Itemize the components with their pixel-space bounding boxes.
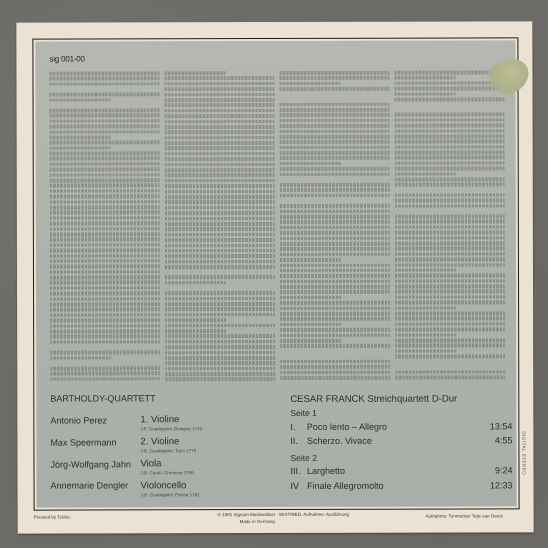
instrument-note: J.F. Guadagnini, Bologna 1745 [140,426,202,431]
liner-note-line [50,135,111,139]
liner-note-line [50,270,160,274]
liner-note-line [395,328,505,332]
cover-frame: sig 001-00 BARTHOLDY-QUARTETT Antonio Pe… [32,37,519,510]
musician-name: Annemarie Dengler [51,480,129,490]
liner-note-line [50,356,111,360]
liner-note-line [395,134,505,138]
catalog-number: sig 001-00 [49,54,84,63]
liner-note-line [50,308,160,312]
liner-note-line [280,118,390,122]
liner-note-line [165,141,275,145]
liner-note-line [165,324,275,328]
liner-note-line [395,204,505,208]
liner-note-line [394,76,455,80]
liner-note-line [280,124,390,128]
liner-note-line [164,82,274,86]
liner-note-line [165,227,275,231]
liner-note-line [50,248,160,252]
liner-note-line [50,340,160,344]
liner-note-line [165,184,275,188]
liner-note-line [165,356,275,360]
liner-note-line [280,113,390,117]
side-label: Seite 1 [290,408,316,418]
liner-notes-column-2 [164,71,275,383]
liner-note-line [165,190,275,194]
liner-note-line [280,328,390,332]
liner-note-line [395,322,505,326]
liner-note-line [50,372,160,376]
liner-note-line [165,297,275,301]
track-duration: 13:54 [490,421,513,431]
liner-note-line [280,87,390,91]
liner-note-line [280,145,390,149]
liner-note-line [395,231,505,235]
instrument: Violoncello [141,480,187,491]
liner-note-line [279,76,389,80]
liner-note-line [280,306,390,310]
liner-note-line [165,120,275,124]
liner-note-line [50,205,160,209]
liner-note-line [280,279,390,283]
instrument-note: J.B. Guadagnini, Parma 1762 [141,492,200,497]
liner-note-line [50,178,160,182]
liner-note-line [280,167,390,171]
liner-note-line [165,361,275,365]
liner-note-line [165,334,275,338]
liner-note-line [50,200,160,204]
liner-note-line [395,124,505,128]
track-duration: 9:24 [495,465,513,475]
liner-note-line [395,306,456,310]
track-row: III. Larghetto 9:24 [290,465,512,476]
liner-note-line [280,209,390,213]
track-duration: 12:33 [490,480,513,490]
liner-note-line [50,114,160,118]
liner-note-line [165,340,275,344]
liner-note-line [165,238,275,242]
instrument: 2. Violine [140,436,179,447]
liner-note-line [280,359,390,363]
track-title: Poco lento – Allegro [307,422,387,432]
liner-note-line [280,370,390,374]
liner-note-line [280,301,390,305]
liner-note-line [280,108,390,112]
liner-note-line [280,156,390,160]
side-label: Seite 2 [290,453,316,463]
liner-note-line [165,93,275,97]
liner-note-line [395,344,505,348]
liner-note-line [50,211,160,215]
liner-note-line [395,333,456,337]
liner-note-line [50,238,160,242]
liner-note-line [395,241,505,245]
liner-note-line [50,98,111,102]
liner-note-line [395,97,505,101]
liner-note-line [280,225,390,229]
liner-note-line [50,151,160,155]
liner-note-line [395,214,505,218]
liner-note-line [165,318,226,322]
liner-note-line [280,252,390,256]
liner-note-line [50,265,160,269]
liner-note-line [50,146,111,150]
liner-note-line [165,313,275,317]
track-title: Larghetto [307,466,345,476]
liner-note-line [280,140,390,144]
liner-note-line [280,188,390,192]
liner-note-line [395,177,505,181]
liner-note-line [280,290,390,294]
liner-note-line [395,129,505,133]
liner-note-line [279,71,389,75]
track-number: III. [290,466,304,476]
liner-note-line [280,365,390,369]
liner-note-line [165,157,275,161]
liner-note-line [395,172,456,176]
liner-note-line [280,312,390,316]
liner-note-line [50,377,160,381]
instrument: 1. Violine [140,414,179,425]
liner-note-line [280,204,390,208]
liner-note-line [280,162,341,166]
liner-note-line [280,102,390,106]
liner-note-line [50,366,160,370]
liner-note-line [395,290,505,294]
track-row: II. Scherzo. Vivace 4:55 [290,435,512,446]
liner-note-line [165,281,226,285]
liner-note-line [50,130,160,134]
liner-note-line [395,375,505,379]
liner-note-line [50,302,160,306]
footer-copyright: ℗ 1981 Signum Musikedition · WISTIRED. A… [218,512,349,517]
liner-note-line [280,274,390,278]
liner-note-line [165,206,275,210]
liner-note-line [395,156,505,160]
liner-note-line [165,307,275,311]
liner-note-line [50,92,160,96]
liner-note-line [50,350,160,354]
liner-note-line [165,109,275,113]
liner-note-line [165,200,275,204]
liner-note-line [395,284,505,288]
liner-note-line [165,130,275,134]
liner-note-line [165,345,275,349]
liner-note-line [165,146,275,150]
liner-note-line [280,296,341,300]
liner-note-line [165,179,275,183]
liner-note-line [395,279,505,283]
liner-note-line [395,199,505,203]
liner-note-line [50,195,160,199]
liner-note-line [280,129,390,133]
liner-note-line [395,220,505,224]
track-duration: 4:55 [495,435,513,445]
liner-note-line [165,103,275,107]
liner-note-line [279,82,340,86]
liner-note-line [280,339,341,343]
liner-note-line [50,173,160,177]
liner-note-line [165,152,275,156]
liner-note-line [280,317,390,321]
liner-note-line [165,367,275,371]
liner-note-line [395,150,505,154]
instrument-note: J.B. Ceruti, Cremona 1795 [141,470,194,475]
liner-note-line [280,220,390,224]
track-number: I. [290,422,304,432]
liner-note-line [395,317,505,321]
liner-note-line [50,232,160,236]
footer-recording: Aufnahme: Tonmeister Teije van Geest [426,513,503,518]
track-title: Finale Allegromolto [307,481,384,491]
liner-note-line [50,119,160,123]
liner-note-line [280,269,390,273]
liner-note-line [165,329,226,333]
liner-note-line [50,221,160,225]
liner-notes-column-3 [279,71,390,383]
liner-note-line [165,233,275,237]
liner-note-line [395,225,505,229]
footer-pressing: Pressed by Teldec [34,515,71,520]
liner-note-line [395,258,505,262]
liner-note-line [395,349,456,353]
liner-note-line [50,318,160,322]
musician-name: Jörg-Wolfgang Jahn [50,459,130,469]
liner-note-line [280,135,390,139]
liner-note-line [50,162,160,166]
musician-name: Antonio Perez [50,415,107,425]
liner-note-line [165,351,275,355]
musician-name: Max Speermann [50,437,116,447]
liner-note-line [165,377,275,381]
liner-note-line [50,275,160,279]
liner-note-line [395,274,505,278]
liner-note-line [50,254,160,258]
liner-note-line [280,242,390,246]
liner-note-line [395,183,505,187]
track-row: I. Poco lento – Allegro 13:54 [290,421,512,432]
liner-note-line [49,82,159,86]
liner-note-line [50,292,160,296]
liner-note-line [395,355,505,359]
spine-text: DIGITAL STEREO [521,431,526,475]
liner-note-line [280,263,390,267]
liner-note-line [50,216,160,220]
liner-note-line [50,329,160,333]
liner-note-line [395,145,505,149]
liner-note-line [165,168,275,172]
liner-note-line [50,259,160,263]
liner-note-line [50,297,160,301]
liner-note-line [280,333,390,337]
liner-note-line [395,301,505,305]
liner-note-line [50,313,160,317]
liner-note-line [395,268,456,272]
liner-note-line [165,302,275,306]
liner-note-line [395,92,456,96]
ensemble-name: BARTHOLDY-QUARTETT [50,393,155,403]
liner-note-line [395,118,505,122]
liner-note-line [49,71,159,75]
liner-note-line [50,108,160,112]
liner-note-line [280,247,390,251]
liner-note-line [395,247,505,251]
liner-note-line [395,263,505,267]
liner-note-line [165,98,275,102]
liner-note-line [280,194,390,198]
liner-note-line [395,311,505,315]
liner-note-line [50,141,160,145]
track-title: Scherzo. Vivace [307,436,372,446]
liner-note-line [165,125,275,129]
liner-note-line [280,344,390,348]
liner-note-line [165,217,275,221]
liner-note-line [395,140,505,144]
album-back-cover: sig 001-00 BARTHOLDY-QUARTETT Antonio Pe… [16,21,533,533]
liner-note-line [50,324,160,328]
liner-note-line [395,113,505,117]
liner-note-line [280,172,390,176]
liner-note-line [280,215,390,219]
liner-note-line [395,167,505,171]
track-row: IV Finale Allegromolto 12:33 [291,480,513,491]
liner-note-line [165,163,275,167]
liner-note-line [165,249,275,253]
liner-note-line [395,338,505,342]
liner-note-line [395,236,505,240]
work-title: CESAR FRANCK Streichquartett D-Dur [290,394,457,405]
liner-note-line [165,173,275,177]
liner-note-line [395,252,505,256]
liner-note-line [50,286,160,290]
liner-note-line [280,376,390,380]
liner-note-line [165,244,275,248]
liner-note-line [165,114,275,118]
liner-note-line [165,195,275,199]
liner-note-line [280,285,390,289]
liner-note-line [165,136,275,140]
liner-note-line [50,243,160,247]
liner-note-line [395,370,505,374]
liner-note-line [165,372,275,376]
liner-note-line [165,254,275,258]
liner-note-line [280,323,341,327]
footer-made-in: Made in Germany [240,519,276,524]
liner-note-line [280,236,390,240]
liner-note-line [395,161,505,165]
liner-note-line [165,275,275,279]
liner-note-line [280,151,390,155]
instrument: Viola [140,458,161,469]
liner-note-line [50,227,160,231]
track-number: II. [290,436,304,446]
liner-note-line [164,76,274,80]
liner-notes-column-1 [49,71,160,383]
liner-note-line [165,87,275,91]
liner-note-line [395,193,505,197]
liner-note-line [50,335,160,339]
liner-note-line [165,211,275,215]
liner-notes-column-4 [394,70,505,382]
liner-note-line [50,189,160,193]
liner-note-line [50,281,160,285]
liner-note-line [280,231,390,235]
liner-note-line [50,124,160,128]
liner-note-line [49,77,159,81]
liner-note-line [280,183,390,187]
liner-note-line [395,295,505,299]
track-number: IV [291,481,305,491]
instrument-note: J.B. Guadagnini, Turin 1778 [140,448,196,453]
liner-note-line [165,291,275,295]
liner-note-line [50,157,160,161]
liner-note-line [164,71,225,75]
liner-note-line [165,260,275,264]
liner-note-line [50,184,160,188]
liner-note-line [165,265,275,269]
liner-note-line [50,168,160,172]
grey-panel: sig 001-00 BARTHOLDY-QUARTETT Antonio Pe… [35,40,516,507]
liner-note-line [165,222,275,226]
liner-note-line [280,258,341,262]
